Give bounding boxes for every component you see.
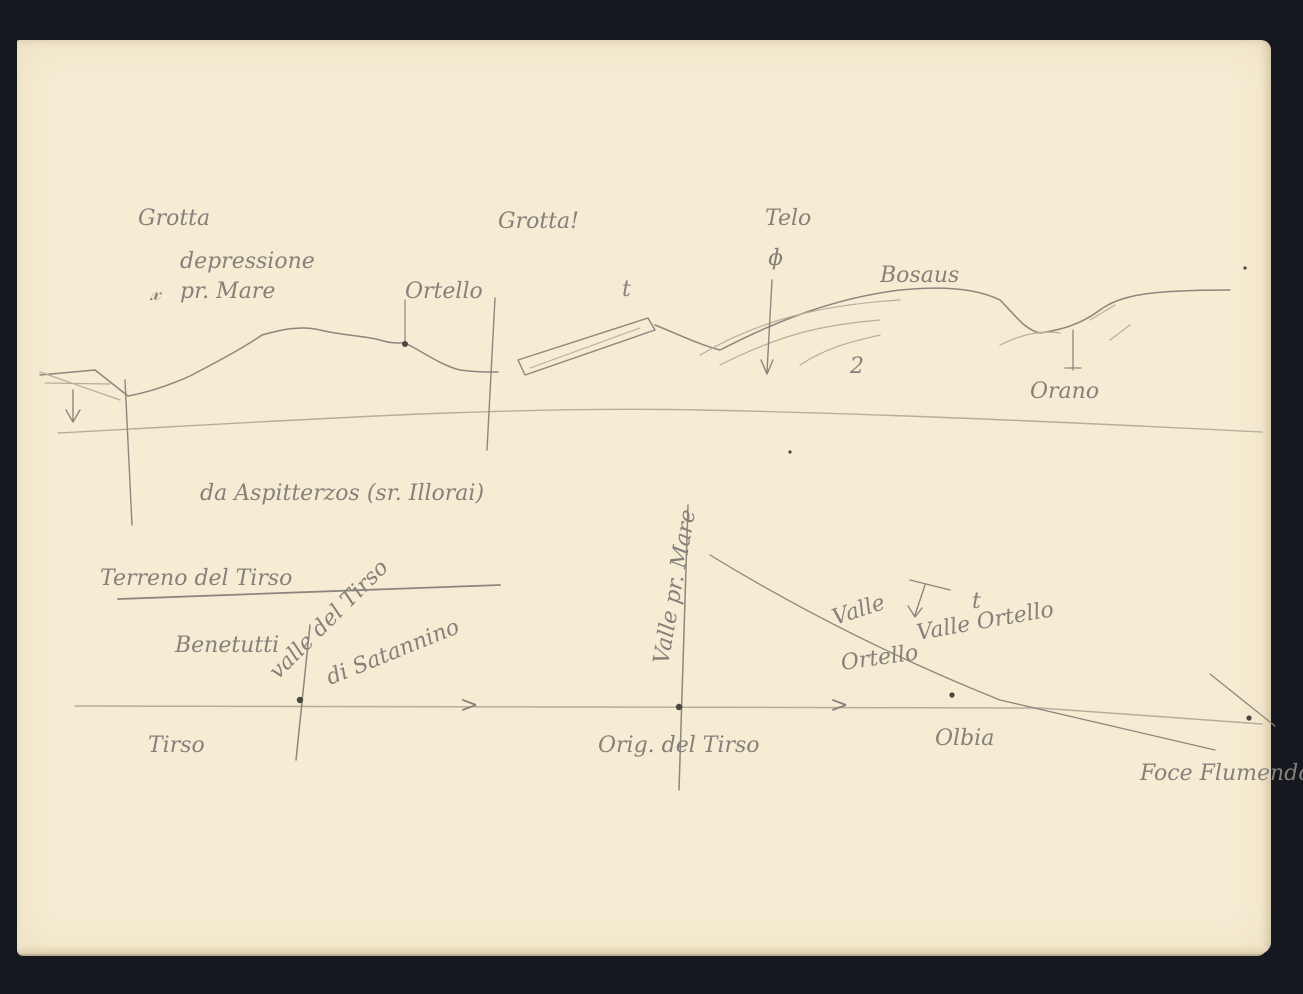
label-valle-ortello: Valle Ortello <box>915 597 1056 646</box>
marker-orano <box>1065 330 1081 370</box>
label-olbia: Olbia <box>935 726 994 751</box>
label-satannino: di Satannino <box>323 615 463 691</box>
embankment <box>518 318 655 375</box>
marker-line-center <box>487 298 495 450</box>
label-valle-pr-mare: Valle pr. Mare <box>649 508 701 666</box>
arrow-down-left <box>66 390 80 422</box>
arrow-right-1: > <box>460 693 478 718</box>
horizon-line <box>58 409 1262 433</box>
heading-terreno-del-tirso: Terreno del Tirso <box>100 566 292 591</box>
point-orig-tirso <box>676 704 682 710</box>
arrow-right-2: > <box>830 693 848 718</box>
hatch-left <box>40 372 120 400</box>
caption-top-sketch: da Aspitterzos (sr. Illorai) <box>200 481 484 506</box>
label-t: t <box>622 277 631 302</box>
label-telo: Telo <box>765 206 811 231</box>
marker-line-left <box>125 380 132 525</box>
point-olbia <box>949 692 954 697</box>
label-bosaus: Bosaus <box>879 263 959 288</box>
ridge-right <box>655 288 1230 350</box>
arrow-down-valle <box>908 580 950 617</box>
point-foce <box>1246 715 1251 720</box>
baseline <box>75 706 1262 724</box>
label-foce: Foce Flumendosa Pass <box>1139 761 1303 786</box>
diagonal-right <box>1210 674 1275 726</box>
label-benetutti: Benetutti <box>174 633 279 658</box>
label-hill-mark: 2 <box>849 354 864 379</box>
ortello-point <box>402 341 408 347</box>
label-depressione: depressione <box>180 249 315 274</box>
label-pr-mare: pr. Mare <box>180 279 275 304</box>
label-tirso: Tirso <box>148 733 205 758</box>
top-profile-sketch: Grotta 𝓍 depressione pr. Mare Ortello Gr… <box>40 206 1262 525</box>
label-grotta-center: Grotta! <box>498 209 579 234</box>
label-valle: Valle <box>829 590 888 630</box>
label-orig-del-tirso: Orig. del Tirso <box>598 733 760 758</box>
label-orano: Orano <box>1030 379 1099 404</box>
slope-hatching <box>700 300 1130 365</box>
bottom-diagram: Terreno del Tirso > > Benetutti valle de… <box>75 505 1303 790</box>
diagonal-slope <box>710 555 1215 750</box>
label-t-bottom: t <box>972 589 981 614</box>
ridge-left <box>40 328 498 396</box>
point-satannino <box>297 697 303 703</box>
label-ortello: Ortello <box>405 279 483 304</box>
label-grotta: Grotta <box>138 206 210 231</box>
cross-symbol: 𝓍 <box>149 281 162 306</box>
label-ortello-bottom: Ortello <box>839 640 919 676</box>
pencil-sketch: Grotta 𝓍 depressione pr. Mare Ortello Gr… <box>0 0 1303 994</box>
telo-symbol: ɸ <box>768 246 783 271</box>
